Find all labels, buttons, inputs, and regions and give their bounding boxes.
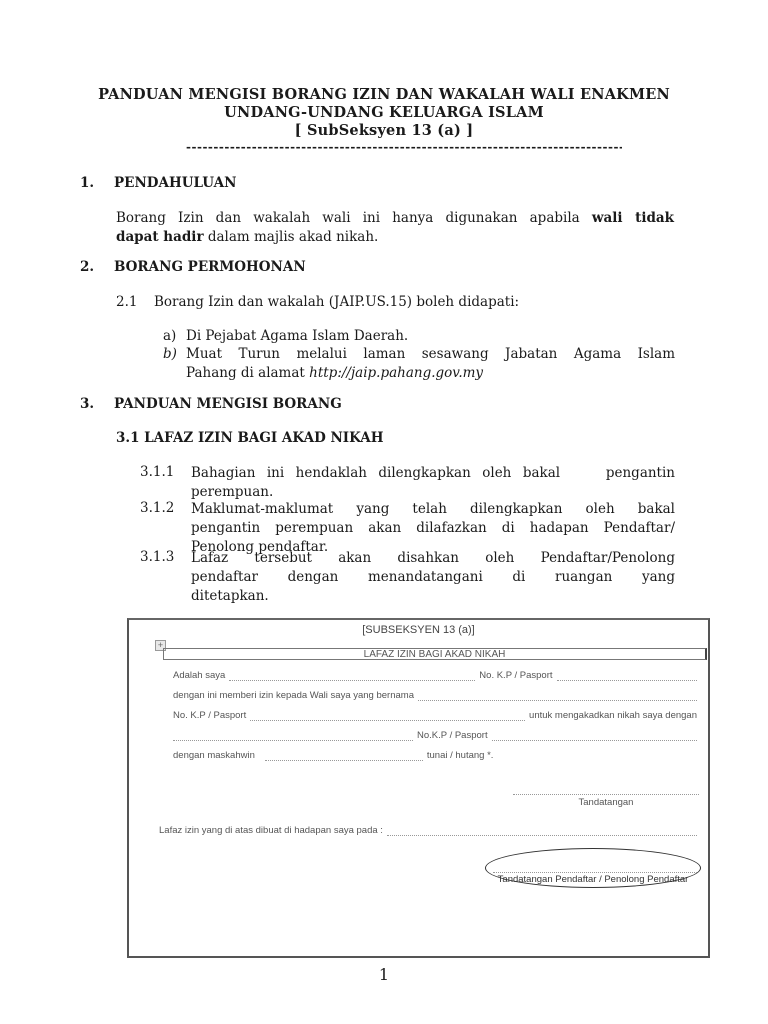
form-witness-row: Lafaz izin yang di atas dibuat di hadapa… [159,825,697,836]
subsection-2-1: 2.1Borang Izin dan wakalah (JAIP.US.15) … [116,293,519,312]
list-item-3-1-1: 3.1.1 Bahagian ini hendaklah dilengkapka… [140,464,675,502]
form-label: No. K.P / Pasport [173,710,246,721]
form-row-1: Adalah saya No. K.P / Pasport [173,670,697,681]
subsection-text: Borang Izin dan wakalah (JAIP.US.15) bol… [154,294,519,310]
form-blank [250,712,525,721]
body-text: dalam majlis akad nikah. [204,229,379,245]
signature-line [513,794,699,795]
document-title-line2: UNDANG-UNDANG KELUARGA ISLAM [0,104,768,121]
list-text: Pahang di alamat [186,365,309,381]
document-title-line1: PANDUAN MENGISI BORANG IZIN DAN WAKALAH … [0,86,768,103]
website-link[interactable]: http://jaip.pahang.gov.my [309,365,483,381]
form-header: [SUBSEKSYEN 13 (a)] [129,624,708,636]
form-label: No.K.P / Pasport [417,730,488,741]
item-text: pendaftar dengan menandatangani di ruang… [191,568,675,587]
list-marker: b) [163,345,186,383]
form-blank [265,752,423,761]
section-1-body: Borang Izin dan wakalah wali ini hanya d… [116,209,674,247]
form-blank [387,827,697,836]
registrar-signature-line [493,872,697,873]
item-text: Lafaz tersebut akan disahkan oleh Pendaf… [191,549,675,568]
form-blank [557,672,697,681]
document-subtitle: [ SubSeksyen 13 (a) ] [0,122,768,139]
form-blank [492,732,697,741]
list-item-3-1-3: 3.1.3 Lafaz tersebut akan disahkan oleh … [140,549,675,606]
form-row-4: No.K.P / Pasport [173,730,697,741]
section-title: PANDUAN MENGISI BORANG [114,396,342,412]
title-separator: ----------------------------------------… [186,140,622,154]
emphasis-text: wali tidak [592,210,674,226]
form-sample-image: [SUBSEKSYEN 13 (a)] + LAFAZ IZIN BAGI AK… [127,618,710,958]
section-number: 3. [80,396,114,412]
item-text: ditetapkan. [191,587,675,606]
list-item-a: a)Di Pejabat Agama Islam Daerah. [163,327,675,346]
form-label: No. K.P / Pasport [479,670,552,681]
form-label: Adalah saya [173,670,225,681]
item-number: 3.1.3 [140,549,191,606]
emphasis-text: dapat hadir [116,229,204,245]
form-label: dengan ini memberi izin kepada Wali saya… [173,690,414,701]
subsection-3-1-heading: 3.1 LAFAZ IZIN BAGI AKAD NIKAH [116,430,384,446]
list-text: Di Pejabat Agama Islam Daerah. [186,328,408,344]
form-label: tunai / hutang *. [427,750,494,761]
section-2-heading: 2.BORANG PERMOHONAN [80,259,306,275]
form-row-2: dengan ini memberi izin kepada Wali saya… [173,690,697,701]
section-title: BORANG PERMOHONAN [114,259,306,275]
form-label: Lafaz izin yang di atas dibuat di hadapa… [159,825,383,836]
list-item-b: b) Muat Turun melalui laman sesawang Jab… [163,345,675,383]
form-row-5: dengan maskahwin tunai / hutang *. [173,750,697,761]
form-row-3: No. K.P / Pasport untuk mengakadkan nika… [173,710,697,721]
section-number: 2. [80,259,114,275]
item-text: Bahagian ini hendaklah dilengkapkan oleh… [191,464,675,483]
form-label: untuk mengakadkan nikah saya dengan [529,710,697,721]
form-blank [418,692,697,701]
section-3-heading: 3.PANDUAN MENGISI BORANG [80,396,342,412]
page-number: 1 [0,965,768,984]
signature-label: Tandatangan [513,797,699,808]
form-label: dengan maskahwin [173,750,255,761]
subsection-number: 2.1 [116,293,154,312]
item-text: Maklumat-maklumat yang telah dilengkapka… [191,500,675,519]
list-text: Muat Turun melalui laman sesawang Jabata… [186,345,675,364]
form-blank [229,672,475,681]
registrar-signature-label: Tandatangan Pendaftar / Penolong Pendaft… [479,874,707,885]
section-number: 1. [80,175,114,191]
body-text: Borang Izin dan wakalah wali ini hanya d… [116,210,592,226]
item-number: 3.1.1 [140,464,191,502]
item-text: pengantin perempuan akan dilafazkan di h… [191,519,675,538]
section-1-heading: 1.PENDAHULUAN [80,175,236,191]
list-marker: a) [163,327,186,346]
form-blank [173,732,413,741]
section-title: PENDAHULUAN [114,175,236,191]
form-title: LAFAZ IZIN BAGI AKAD NIKAH [163,648,707,660]
